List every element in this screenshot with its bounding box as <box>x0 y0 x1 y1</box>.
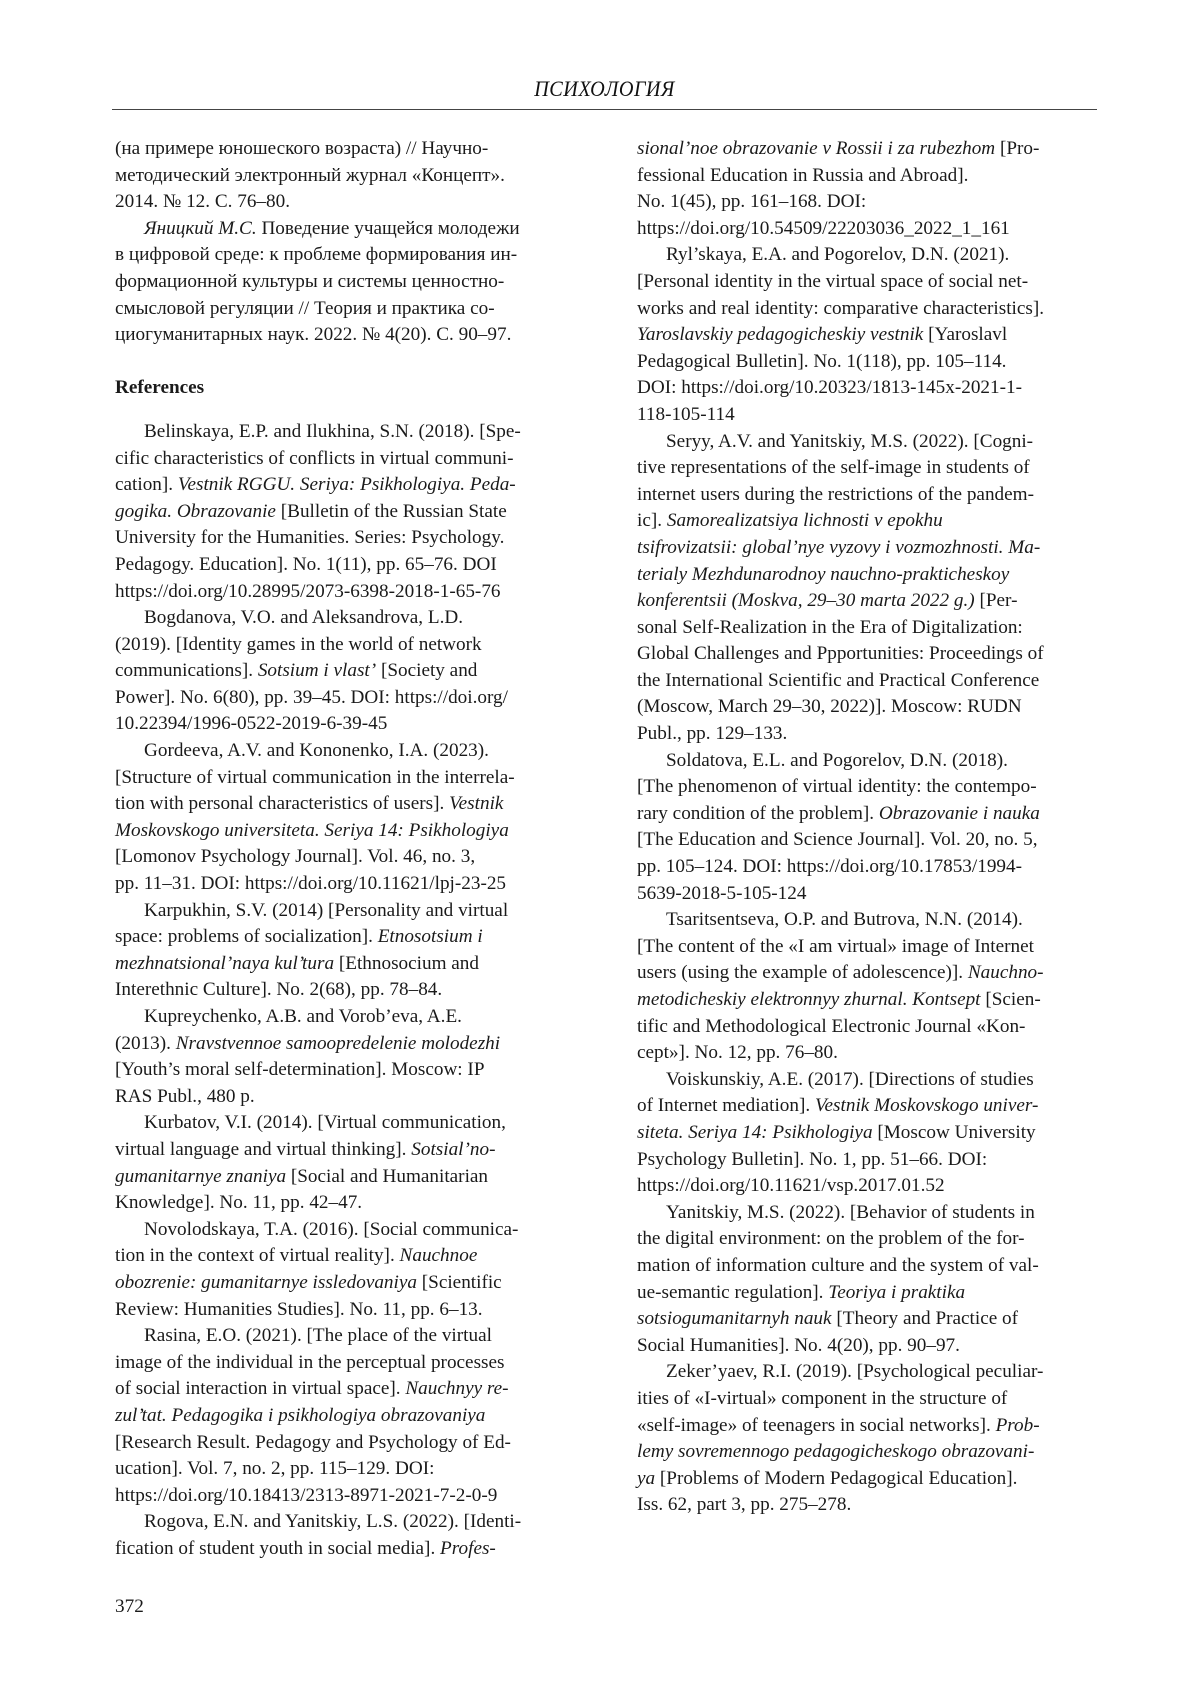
reference-line: ic]. Samorealizatsiya lichnosti v epokhu <box>637 508 1097 535</box>
source-title-italic: Nravstvennoe samoopredelenie molodezhi <box>176 1033 500 1054</box>
reference-text: tion with personal characteristics of us… <box>115 793 449 814</box>
reference-line: Iss. 62, part 3, pp. 275–278. <box>637 1492 1097 1519</box>
reference-text: virtual language and virtual thinking]. <box>115 1139 411 1160</box>
reference-text: Psychology Bulletin]. No. 1, pp. 51–66. … <box>637 1149 987 1170</box>
reference-text: Pedagogy. Education]. No. 1(11), pp. 65–… <box>115 554 497 575</box>
source-title-italic: Yaroslavskiy pedagogicheskiy vestnik <box>637 324 923 345</box>
source-title-italic: mezhnatsional’naya kul’tura <box>115 953 334 974</box>
source-title-italic: konferentsii (Moskva, 29–30 marta 2022 g… <box>637 590 975 611</box>
source-title-italic: Samorealizatsiya lichnosti v epokhu <box>667 510 943 531</box>
reference-line: of social interaction in virtual space].… <box>115 1376 565 1403</box>
reference-text: [Per- <box>975 590 1018 611</box>
references-list-left: Belinskaya, E.P. and Ilukhina, S.N. (201… <box>115 419 565 1563</box>
reference-text: [Moscow University <box>873 1122 1036 1143</box>
reference-text: Bogdanova, V.O. and Aleksandrova, L.D. <box>144 607 463 628</box>
reference-text: [Society and <box>376 660 477 681</box>
source-title-italic: metodicheskiy elektronnyy zhurnal. Konts… <box>637 989 981 1010</box>
right-column: sional’noe obrazovanie v Rossii i za rub… <box>637 136 1097 1519</box>
reference-text: [Personal identity in the virtual space … <box>637 271 1028 292</box>
source-title-italic: Teoriya i praktika <box>828 1282 965 1303</box>
reference-text: Поведение учащейся молодежи <box>257 218 520 239</box>
reference-line: tsifrovizatsii: global’nye vyzovy i vozm… <box>637 535 1097 562</box>
reference-text: 5639-2018-5-105-124 <box>637 883 806 904</box>
reference-entry: Tsaritsentseva, O.P. and Butrova, N.N. (… <box>637 907 1097 1067</box>
reference-line: rary condition of the problem]. Obrazova… <box>637 801 1097 828</box>
reference-line: virtual language and virtual thinking]. … <box>115 1137 565 1164</box>
source-title-italic: Vestnik <box>449 793 503 814</box>
reference-line: [Lomonov Psychology Journal]. Vol. 46, n… <box>115 844 565 871</box>
reference-text: space: problems of socialization]. <box>115 926 378 947</box>
reference-text: cation]. <box>115 474 178 495</box>
reference-text: Rogova, E.N. and Yanitskiy, L.S. (2022).… <box>144 1511 521 1532</box>
reference-text: [Structure of virtual communication in t… <box>115 767 515 788</box>
source-title-italic: Nauchnyy re- <box>405 1378 508 1399</box>
reference-line: fessional Education in Russia and Abroad… <box>637 163 1097 190</box>
source-title-italic: siteta. Seriya 14: Psikhologiya <box>637 1122 873 1143</box>
reference-entry: Kurbatov, V.I. (2014). [Virtual communic… <box>115 1110 565 1216</box>
reference-text: «self-image» of teenagers in social netw… <box>637 1415 996 1436</box>
reference-entry: Voiskunskiy, A.E. (2017). [Directions of… <box>637 1067 1097 1200</box>
reference-line: DOI: https://doi.org/10.20323/1813-145x-… <box>637 375 1097 402</box>
reference-line: Gordeeva, A.V. and Kononenko, I.A. (2023… <box>115 738 565 765</box>
reference-line: Ryl’skaya, E.A. and Pogorelov, D.N. (202… <box>637 242 1097 269</box>
reference-line: методический электронный журнал «Концепт… <box>115 163 565 190</box>
reference-line: (2013). Nravstvennoe samoopredelenie mol… <box>115 1031 565 1058</box>
reference-text: Iss. 62, part 3, pp. 275–278. <box>637 1494 851 1515</box>
source-title-italic: sotsiogumanitarnyh nauk <box>637 1308 832 1329</box>
reference-line: Kupreychenko, A.B. and Vorob’eva, A.E. <box>115 1004 565 1031</box>
reference-line: fication of student youth in social medi… <box>115 1536 565 1563</box>
reference-text: 2014. № 12. С. 76–80. <box>115 191 290 212</box>
reference-text: Rasina, E.O. (2021). [The place of the v… <box>144 1325 492 1346</box>
reference-text: tive representations of the self-image i… <box>637 457 1030 478</box>
reference-text: [The Education and Science Journal]. Vol… <box>637 829 1038 850</box>
reference-line: Rogova, E.N. and Yanitskiy, L.S. (2022).… <box>115 1509 565 1536</box>
reference-text: циогуманитарных наук. 2022. № 4(20). С. … <box>115 324 511 345</box>
reference-line: cific characteristics of conflicts in vi… <box>115 446 565 473</box>
reference-text: Social Humanities]. No. 4(20), pp. 90–97… <box>637 1335 960 1356</box>
reference-line: https://doi.org/10.54509/22203036_2022_1… <box>637 216 1097 243</box>
reference-line: https://doi.org/10.18413/2313-8971-2021-… <box>115 1483 565 1510</box>
reference-text: Pedagogical Bulletin]. No. 1(118), pp. 1… <box>637 351 1006 372</box>
reference-line: Zeker’yaev, R.I. (2019). [Psychological … <box>637 1359 1097 1386</box>
reference-line: gogika. Obrazovanie [Bulletin of the Rus… <box>115 499 565 526</box>
reference-text: (на примере юношеского возраста) // Науч… <box>115 138 488 159</box>
reference-text: University for the Humanities. Series: P… <box>115 527 504 548</box>
source-title-italic: Nauchno- <box>968 962 1044 983</box>
reference-text: Gordeeva, A.V. and Kononenko, I.A. (2023… <box>144 740 489 761</box>
reference-line: (2019). [Identity games in the world of … <box>115 632 565 659</box>
source-title-italic: Vestnik RGGU. Seriya: Psikhologiya. Peda… <box>178 474 516 495</box>
reference-line: Bogdanova, V.O. and Aleksandrova, L.D. <box>115 605 565 632</box>
reference-line: [Research Result. Pedagogy and Psycholog… <box>115 1430 565 1457</box>
reference-entry: Gordeeva, A.V. and Kononenko, I.A. (2023… <box>115 738 565 898</box>
reference-text: (Moscow, March 29–30, 2022)]. Moscow: RU… <box>637 696 1022 717</box>
references-list-right: Ryl’skaya, E.A. and Pogorelov, D.N. (202… <box>637 242 1097 1519</box>
reference-text: cept»]. No. 12, pp. 76–80. <box>637 1042 838 1063</box>
source-title-italic: Moskovskogo universiteta. Seriya 14: Psi… <box>115 820 509 841</box>
source-title-italic: zul’tat. Pedagogika i psikhologiya obraz… <box>115 1405 485 1426</box>
reference-line: tific and Methodological Electronic Jour… <box>637 1014 1097 1041</box>
reference-line: 118-105-114 <box>637 402 1097 429</box>
reference-line: cept»]. No. 12, pp. 76–80. <box>637 1040 1097 1067</box>
source-title-italic: Prob- <box>996 1415 1040 1436</box>
reference-line: [The Education and Science Journal]. Vol… <box>637 827 1097 854</box>
reference-line: 2014. № 12. С. 76–80. <box>115 189 565 216</box>
reference-text: Review: Humanities Studies]. No. 11, pp.… <box>115 1299 483 1320</box>
reference-text: https://doi.org/10.18413/2313-8971-2021-… <box>115 1485 497 1506</box>
reference-line: pp. 105–124. DOI: https://doi.org/10.178… <box>637 854 1097 881</box>
reference-text: [Social and Humanitarian <box>286 1166 488 1187</box>
reference-line: в цифровой среде: к проблеме формировани… <box>115 242 565 269</box>
reference-text: Belinskaya, E.P. and Ilukhina, S.N. (201… <box>144 421 521 442</box>
reference-line: image of the individual in the perceptua… <box>115 1350 565 1377</box>
source-title-italic: gumanitarnye znaniya <box>115 1166 286 1187</box>
reference-text: Voiskunskiy, A.E. (2017). [Directions of… <box>666 1069 1034 1090</box>
source-title-italic: sional’noe obrazovanie v Rossii i za rub… <box>637 138 995 159</box>
reference-line: Voiskunskiy, A.E. (2017). [Directions of… <box>637 1067 1097 1094</box>
reference-line: Tsaritsentseva, O.P. and Butrova, N.N. (… <box>637 907 1097 934</box>
header-rule <box>112 109 1097 110</box>
reference-line: [The phenomenon of virtual identity: the… <box>637 774 1097 801</box>
reference-text: RAS Publ., 480 p. <box>115 1086 255 1107</box>
reference-line: Belinskaya, E.P. and Ilukhina, S.N. (201… <box>115 419 565 446</box>
reference-text: ities of «I-virtual» component in the st… <box>637 1388 1007 1409</box>
reference-text: ic]. <box>637 510 667 531</box>
source-title-italic: Obrazovanie i nauka <box>879 803 1040 824</box>
reference-text: Karpukhin, S.V. (2014) [Personality and … <box>144 900 508 921</box>
source-title-italic: Vestnik Moskovskogo univer- <box>815 1095 1038 1116</box>
reference-line: ities of «I-virtual» component in the st… <box>637 1386 1097 1413</box>
reference-line: internet users during the restrictions o… <box>637 482 1097 509</box>
reference-line: Soldatova, E.L. and Pogorelov, D.N. (201… <box>637 748 1097 775</box>
reference-text: [Scien- <box>981 989 1041 1010</box>
reference-line: Яницкий М.С. Поведение учащейся молодежи <box>115 216 565 243</box>
reference-line: users (using the example of adolescence)… <box>637 960 1097 987</box>
reference-text: [Theory and Practice of <box>832 1308 1018 1329</box>
reference-text: works and real identity: comparative cha… <box>637 298 1044 319</box>
reference-text: [Scientific <box>417 1272 502 1293</box>
reference-entry: Karpukhin, S.V. (2014) [Personality and … <box>115 898 565 1004</box>
reference-line: «self-image» of teenagers in social netw… <box>637 1413 1097 1440</box>
reference-line: Moskovskogo universiteta. Seriya 14: Psi… <box>115 818 565 845</box>
source-title-italic: Sotsial’no- <box>411 1139 495 1160</box>
reference-line: [Structure of virtual communication in t… <box>115 765 565 792</box>
reference-text: sonal Self-Realization in the Era of Dig… <box>637 617 1023 638</box>
reference-entry: Belinskaya, E.P. and Ilukhina, S.N. (201… <box>115 419 565 605</box>
running-head-title: ПСИХОЛОГИЯ <box>151 76 1057 102</box>
reference-text: image of the individual in the perceptua… <box>115 1352 504 1373</box>
reference-line: sotsiogumanitarnyh nauk [Theory and Prac… <box>637 1306 1097 1333</box>
reference-line: the digital environment: on the problem … <box>637 1226 1097 1253</box>
reference-line: смысловой регуляции // Теория и практика… <box>115 296 565 323</box>
reference-text: the digital environment: on the problem … <box>637 1228 1025 1249</box>
reference-text: [Lomonov Psychology Journal]. Vol. 46, n… <box>115 846 475 867</box>
reference-entry: (на примере юношеского возраста) // Науч… <box>115 136 565 216</box>
reference-line: University for the Humanities. Series: P… <box>115 525 565 552</box>
reference-line: No. 1(45), pp. 161–168. DOI: <box>637 189 1097 216</box>
reference-line: формационной культуры и системы ценностн… <box>115 269 565 296</box>
reference-line: space: problems of socialization]. Etnos… <box>115 924 565 951</box>
reference-entry: Kupreychenko, A.B. and Vorob’eva, A.E.(2… <box>115 1004 565 1110</box>
source-title-italic: obozrenie: gumanitarnye issledovaniya <box>115 1272 417 1293</box>
reference-line: mation of information culture and the sy… <box>637 1253 1097 1280</box>
source-title-italic: lemy sovremennogo pedagogicheskogo obraz… <box>637 1441 1034 1462</box>
reference-line: Seryy, A.V. and Yanitskiy, M.S. (2022). … <box>637 429 1097 456</box>
reference-text: формационной культуры и системы ценностн… <box>115 271 504 292</box>
reference-line: sonal Self-Realization in the Era of Dig… <box>637 615 1097 642</box>
reference-line: terialy Mezhdunarodnoy nauchno-praktiche… <box>637 562 1097 589</box>
reference-text: [Bulletin of the Russian State <box>276 501 507 522</box>
reference-line: RAS Publ., 480 p. <box>115 1084 565 1111</box>
reference-line: of Internet mediation]. Vestnik Moskovsk… <box>637 1093 1097 1120</box>
reference-text: ue-semantic regulation]. <box>637 1282 828 1303</box>
source-title-italic: Etnosotsium i <box>378 926 483 947</box>
reference-text: DOI: https://doi.org/10.20323/1813-145x-… <box>637 377 1022 398</box>
reference-entry: Rasina, E.O. (2021). [The place of the v… <box>115 1323 565 1509</box>
reference-line: lemy sovremennogo pedagogicheskogo obraz… <box>637 1439 1097 1466</box>
reference-text: the International Scientific and Practic… <box>637 670 1039 691</box>
reference-line: 10.22394/1996-0522-2019-6-39-45 <box>115 711 565 738</box>
reference-text: fessional Education in Russia and Abroad… <box>637 165 968 186</box>
reference-text: Ryl’skaya, E.A. and Pogorelov, D.N. (202… <box>666 244 1009 265</box>
reference-line: Global Challenges and Ppportunities: Pro… <box>637 641 1097 668</box>
reference-line: Power]. No. 6(80), pp. 39–45. DOI: https… <box>115 685 565 712</box>
reference-line: [Youth’s moral self-determination]. Mosc… <box>115 1057 565 1084</box>
reference-text: pp. 105–124. DOI: https://doi.org/10.178… <box>637 856 1022 877</box>
reference-text: (2013). <box>115 1033 176 1054</box>
reference-text: ucation]. Vol. 7, no. 2, pp. 115–129. DO… <box>115 1458 434 1479</box>
reference-text: cific characteristics of conflicts in vi… <box>115 448 514 469</box>
russian-references-tail: (на примере юношеского возраста) // Науч… <box>115 136 565 349</box>
reference-text: (2019). [Identity games in the world of … <box>115 634 482 655</box>
reference-line: Yanitskiy, M.S. (2022). [Behavior of stu… <box>637 1200 1097 1227</box>
reference-text: 10.22394/1996-0522-2019-6-39-45 <box>115 713 387 734</box>
source-title-italic: ya <box>637 1468 655 1489</box>
reference-line: Rasina, E.O. (2021). [The place of the v… <box>115 1323 565 1350</box>
reference-text: [The content of the «I am virtual» image… <box>637 936 1034 957</box>
reference-text: rary condition of the problem]. <box>637 803 879 824</box>
reference-text: Kurbatov, V.I. (2014). [Virtual communic… <box>144 1112 506 1133</box>
reference-text: 118-105-114 <box>637 404 735 425</box>
reference-text: internet users during the restrictions o… <box>637 484 1034 505</box>
reference-line: cation]. Vestnik RGGU. Seriya: Psikholog… <box>115 472 565 499</box>
source-title-italic: Profes- <box>440 1538 496 1559</box>
reference-text: [Pro- <box>995 138 1039 159</box>
source-title-italic: tsifrovizatsii: global’nye vyzovy i vozm… <box>637 537 1040 558</box>
reference-line: tion in the context of virtual reality].… <box>115 1243 565 1270</box>
reference-text: users (using the example of adolescence)… <box>637 962 968 983</box>
reference-text: Novolodskaya, T.A. (2016). [Social commu… <box>144 1219 518 1240</box>
reference-line: [The content of the «I am virtual» image… <box>637 934 1097 961</box>
reference-text: Knowledge]. No. 11, pp. 42–47. <box>115 1192 362 1213</box>
reference-line: Review: Humanities Studies]. No. 11, pp.… <box>115 1297 565 1324</box>
reference-entry-continuation: sional’noe obrazovanie v Rossii i za rub… <box>637 136 1097 242</box>
source-title-italic: Nauchnoe <box>400 1245 478 1266</box>
source-title-italic: gogika. Obrazovanie <box>115 501 276 522</box>
reference-text: Publ., pp. 129–133. <box>637 723 787 744</box>
reference-line: ue-semantic regulation]. Teoriya i prakt… <box>637 1280 1097 1307</box>
reference-text: [Ethnosocium and <box>334 953 479 974</box>
reference-entry: Zeker’yaev, R.I. (2019). [Psychological … <box>637 1359 1097 1519</box>
reference-text: tific and Methodological Electronic Jour… <box>637 1016 1025 1037</box>
reference-line: sional’noe obrazovanie v Rossii i za rub… <box>637 136 1097 163</box>
reference-line: Novolodskaya, T.A. (2016). [Social commu… <box>115 1217 565 1244</box>
reference-text: [Youth’s moral self-determination]. Mosc… <box>115 1059 485 1080</box>
reference-line: the International Scientific and Practic… <box>637 668 1097 695</box>
reference-line: metodicheskiy elektronnyy zhurnal. Konts… <box>637 987 1097 1014</box>
reference-text: Power]. No. 6(80), pp. 39–45. DOI: https… <box>115 687 508 708</box>
reference-text: fication of student youth in social medi… <box>115 1538 440 1559</box>
reference-line: Karpukhin, S.V. (2014) [Personality and … <box>115 898 565 925</box>
reference-text: No. 1(45), pp. 161–168. DOI: <box>637 191 866 212</box>
reference-line: ya [Problems of Modern Pedagogical Educa… <box>637 1466 1097 1493</box>
reference-text: в цифровой среде: к проблеме формировани… <box>115 244 517 265</box>
reference-text: смысловой регуляции // Теория и практика… <box>115 298 495 319</box>
reference-entry: Novolodskaya, T.A. (2016). [Social commu… <box>115 1217 565 1323</box>
reference-line: [Personal identity in the virtual space … <box>637 269 1097 296</box>
reference-text: Zeker’yaev, R.I. (2019). [Psychological … <box>666 1361 1043 1382</box>
page-number: 372 <box>115 1594 144 1620</box>
reference-text: of social interaction in virtual space]. <box>115 1378 405 1399</box>
spacer <box>115 349 565 376</box>
reference-line: https://doi.org/10.28995/2073-6398-2018-… <box>115 579 565 606</box>
reference-text: Interethnic Culture]. No. 2(68), pp. 78–… <box>115 979 442 1000</box>
reference-text: communications]. <box>115 660 258 681</box>
reference-line: tion with personal characteristics of us… <box>115 791 565 818</box>
reference-line: Knowledge]. No. 11, pp. 42–47. <box>115 1190 565 1217</box>
reference-entry: Ryl’skaya, E.A. and Pogorelov, D.N. (202… <box>637 242 1097 428</box>
reference-line: works and real identity: comparative cha… <box>637 296 1097 323</box>
reference-line: tive representations of the self-image i… <box>637 455 1097 482</box>
source-title-italic: Яницкий М.С. <box>144 218 257 239</box>
reference-text: Global Challenges and Ppportunities: Pro… <box>637 643 1044 664</box>
reference-line: siteta. Seriya 14: Psikhologiya [Moscow … <box>637 1120 1097 1147</box>
reference-line: (Moscow, March 29–30, 2022)]. Moscow: RU… <box>637 694 1097 721</box>
reference-line: Pedagogy. Education]. No. 1(11), pp. 65–… <box>115 552 565 579</box>
source-title-italic: Sotsium i vlast’ <box>258 660 376 681</box>
reference-text: [Problems of Modern Pedagogical Educatio… <box>655 1468 1017 1489</box>
reference-entry: Seryy, A.V. and Yanitskiy, M.S. (2022). … <box>637 429 1097 748</box>
source-title-italic: terialy Mezhdunarodnoy nauchno-praktiche… <box>637 564 1009 585</box>
reference-line: циогуманитарных наук. 2022. № 4(20). С. … <box>115 322 565 349</box>
reference-line: Yaroslavskiy pedagogicheskiy vestnik [Ya… <box>637 322 1097 349</box>
reference-text: https://doi.org/10.11621/vsp.2017.01.52 <box>637 1175 945 1196</box>
reference-line: pp. 11–31. DOI: https://doi.org/10.11621… <box>115 871 565 898</box>
reference-text: https://doi.org/10.28995/2073-6398-2018-… <box>115 581 501 602</box>
reference-entry: Bogdanova, V.O. and Aleksandrova, L.D.(2… <box>115 605 565 738</box>
reference-line: Interethnic Culture]. No. 2(68), pp. 78–… <box>115 977 565 1004</box>
reference-text: of Internet mediation]. <box>637 1095 815 1116</box>
reference-text: [Yaroslavl <box>923 324 1007 345</box>
reference-text: Kupreychenko, A.B. and Vorob’eva, A.E. <box>144 1006 462 1027</box>
reference-line: mezhnatsional’naya kul’tura [Ethnosocium… <box>115 951 565 978</box>
reference-line: ucation]. Vol. 7, no. 2, pp. 115–129. DO… <box>115 1456 565 1483</box>
reference-text: Soldatova, E.L. and Pogorelov, D.N. (201… <box>666 750 1008 771</box>
reference-text: Yanitskiy, M.S. (2022). [Behavior of stu… <box>666 1202 1035 1223</box>
reference-text: https://doi.org/10.54509/22203036_2022_1… <box>637 218 1010 239</box>
reference-line: Social Humanities]. No. 4(20), pp. 90–97… <box>637 1333 1097 1360</box>
reference-line: (на примере юношеского возраста) // Науч… <box>115 136 565 163</box>
reference-line: Pedagogical Bulletin]. No. 1(118), pp. 1… <box>637 349 1097 376</box>
reference-text: [The phenomenon of virtual identity: the… <box>637 776 1037 797</box>
reference-text: pp. 11–31. DOI: https://doi.org/10.11621… <box>115 873 506 894</box>
reference-text: Seryy, A.V. and Yanitskiy, M.S. (2022). … <box>666 431 1033 452</box>
reference-entry: Яницкий М.С. Поведение учащейся молодежи… <box>115 216 565 349</box>
reference-entry: Soldatova, E.L. and Pogorelov, D.N. (201… <box>637 748 1097 908</box>
reference-line: obozrenie: gumanitarnye issledovaniya [S… <box>115 1270 565 1297</box>
reference-line: Kurbatov, V.I. (2014). [Virtual communic… <box>115 1110 565 1137</box>
reference-text: tion in the context of virtual reality]. <box>115 1245 400 1266</box>
references-heading: References <box>115 375 565 402</box>
reference-line: zul’tat. Pedagogika i psikhologiya obraz… <box>115 1403 565 1430</box>
left-column: (на примере юношеского возраста) // Науч… <box>115 136 565 1562</box>
reference-line: https://doi.org/10.11621/vsp.2017.01.52 <box>637 1173 1097 1200</box>
reference-entry: Rogova, E.N. and Yanitskiy, L.S. (2022).… <box>115 1509 565 1562</box>
reference-text: [Research Result. Pedagogy and Psycholog… <box>115 1432 511 1453</box>
reference-line: communications]. Sotsium i vlast’ [Socie… <box>115 658 565 685</box>
reference-text: Tsaritsentseva, O.P. and Butrova, N.N. (… <box>666 909 1023 930</box>
reference-line: gumanitarnye znaniya [Social and Humanit… <box>115 1164 565 1191</box>
reference-text: mation of information culture and the sy… <box>637 1255 1039 1276</box>
reference-text: методический электронный журнал «Концепт… <box>115 165 505 186</box>
reference-line: konferentsii (Moskva, 29–30 marta 2022 g… <box>637 588 1097 615</box>
reference-line: Publ., pp. 129–133. <box>637 721 1097 748</box>
reference-line: 5639-2018-5-105-124 <box>637 881 1097 908</box>
reference-entry: Yanitskiy, M.S. (2022). [Behavior of stu… <box>637 1200 1097 1360</box>
reference-line: Psychology Bulletin]. No. 1, pp. 51–66. … <box>637 1147 1097 1174</box>
